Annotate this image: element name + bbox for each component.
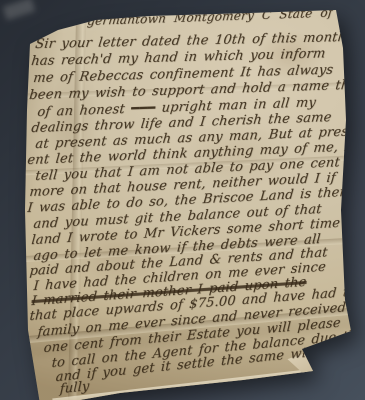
letter-line: fully [59, 380, 89, 397]
paper-wrap: germantown Montgomery C State of Ohio Si… [0, 0, 365, 400]
letter-dateline: germantown Montgomery C State of Ohio [87, 4, 365, 28]
letter-paper: germantown Montgomery C State of Ohio Si… [0, 0, 365, 400]
photo-of-letter: germantown Montgomery C State of Ohio Si… [0, 0, 365, 400]
handwritten-text: germantown Montgomery C State of Ohio Si… [0, 0, 365, 400]
